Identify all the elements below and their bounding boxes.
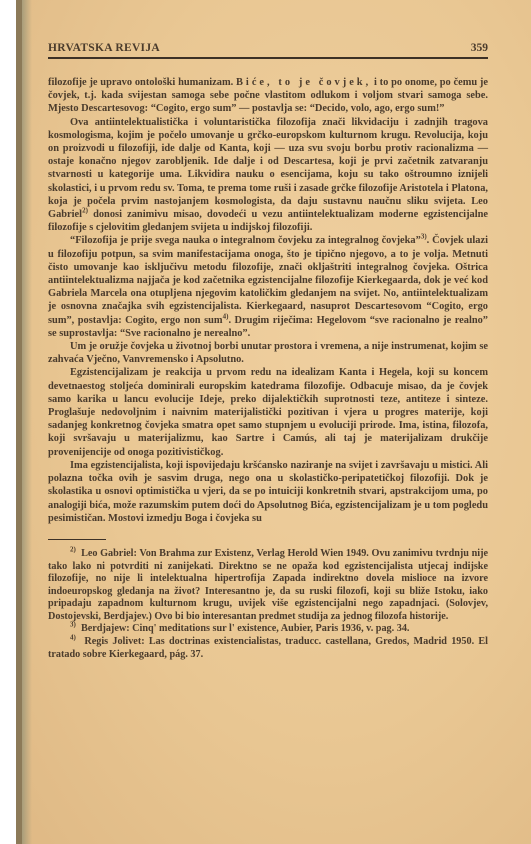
footnote-text: Regis Jolivet: Las doctrinas existencial… xyxy=(48,636,488,660)
footnote-text: Leo Gabriel: Von Brahma zur Existenz, Ve… xyxy=(48,548,488,622)
text-run: filozofije je upravo ontološki humanizam… xyxy=(48,77,236,88)
footnote-marker: 4) xyxy=(70,634,76,642)
body-text: filozofije je upravo ontološki humanizam… xyxy=(48,76,488,525)
page-content: HRVATSKA REVIJA 359 filozofije je upravo… xyxy=(48,36,488,661)
emphasized-text: Biće, to je čovjek, xyxy=(236,77,371,88)
header-rule xyxy=(48,57,488,59)
paragraph: Ima egzistencijalista, koji ispovijedaju… xyxy=(48,459,488,525)
text-run: “Filozofija je prije svega nauka o integ… xyxy=(70,235,421,246)
journal-title: HRVATSKA REVIJA xyxy=(48,42,160,54)
book-page: HRVATSKA REVIJA 359 filozofije je upravo… xyxy=(16,0,531,844)
footnote-marker: 3) xyxy=(70,621,76,629)
text-run: Ova antiintelektualistička i voluntarist… xyxy=(48,117,488,220)
footnote: 3) Berdjajew: Cinq' meditations sur l' e… xyxy=(48,623,488,636)
paragraph: filozofije je upravo ontološki humanizam… xyxy=(48,76,488,116)
paragraph: “Filozofija je prije svega nauka o integ… xyxy=(48,234,488,340)
paragraph: Egzistencijalizam je reakcija u prvom re… xyxy=(48,366,488,458)
footnotes: 2) Leo Gabriel: Von Brahma zur Existenz,… xyxy=(48,548,488,661)
footnote-rule xyxy=(48,539,106,540)
page-number: 359 xyxy=(471,42,488,54)
footnote-text: Berdjajew: Cinq' meditations sur l' exis… xyxy=(81,623,410,634)
footnote: 2) Leo Gabriel: Von Brahma zur Existenz,… xyxy=(48,548,488,624)
paragraph: Um je oružje čovjeka u životnoj borbi un… xyxy=(48,340,488,366)
text-run: donosi zanimivu misao, dovodeći u vezu a… xyxy=(48,209,488,233)
footnote: 4) Regis Jolivet: Las doctrinas existenc… xyxy=(48,636,488,661)
paragraph: Ova antiintelektualistička i voluntarist… xyxy=(48,116,488,235)
footnote-marker: 2) xyxy=(70,546,76,554)
text-run: . Čovjek ulazi u filozofiju potpun, sa s… xyxy=(48,235,488,325)
running-header: HRVATSKA REVIJA 359 xyxy=(48,36,488,54)
